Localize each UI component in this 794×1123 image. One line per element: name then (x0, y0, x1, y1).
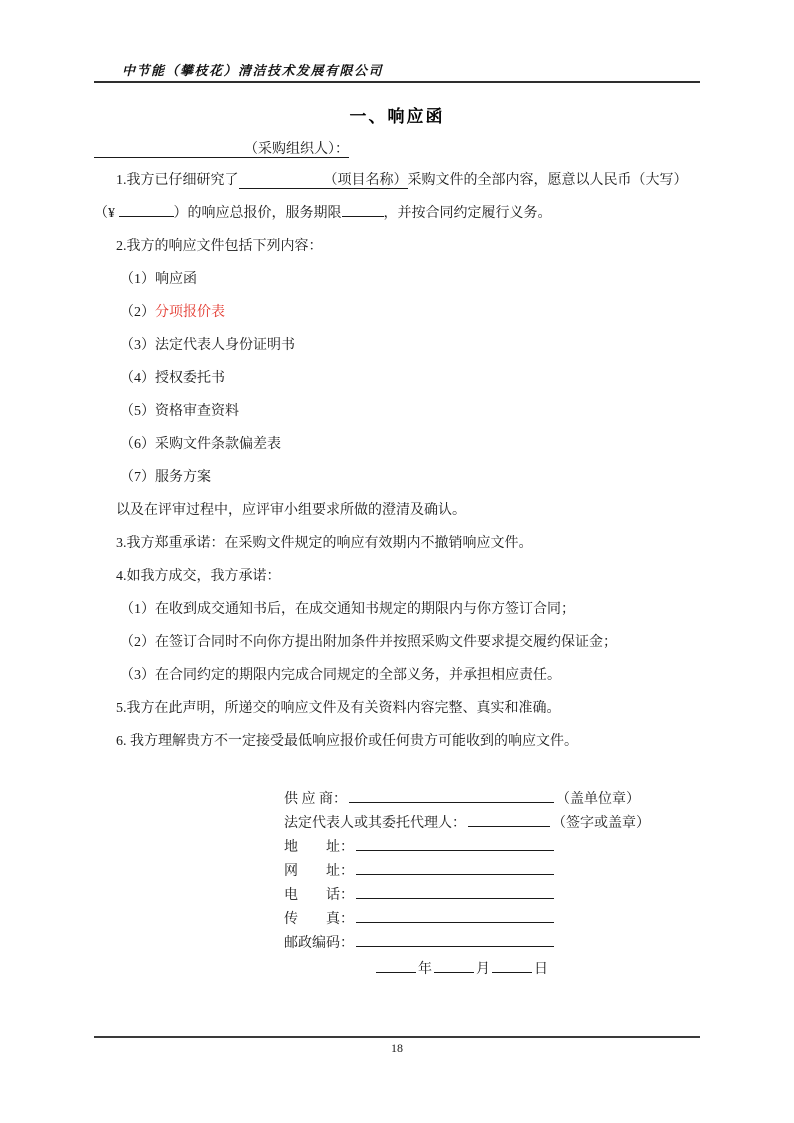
date-day-blank (492, 958, 532, 973)
paragraph-4: 4.如我方成交，我方承诺： (94, 560, 700, 593)
doc-list-item-7: （7）服务方案 (94, 461, 700, 494)
supplier-row: 供 应 商：（盖单位章） (284, 788, 700, 812)
doc-list-item-3: （3）法定代表人身份证明书 (94, 329, 700, 362)
paragraph-6: 6. 我方理解贵方不一定接受最低响应报价或任何贵方可能收到的响应文件。 (94, 725, 700, 758)
legal-rep-blank (468, 812, 550, 827)
website-label: 网 址： (284, 864, 354, 879)
purchaser-org-blank (94, 138, 244, 153)
paragraph-1-line-1: 1.我方已仔细研究了（项目名称）采购文件的全部内容，愿意以人民币（大写） (94, 164, 700, 197)
paragraph-3: 3.我方郑重承诺：在采购文件规定的响应有效期内不撤销响应文件。 (94, 527, 700, 560)
header-company-name: 中节能（攀枝花）清洁技术发展有限公司 (122, 60, 700, 79)
document-title: 一、响应函 (94, 105, 700, 128)
date-row: 年月日 (374, 958, 700, 982)
date-month-label: 月 (476, 962, 490, 977)
supplier-name-blank (349, 788, 554, 803)
page-header: 中节能（攀枝花）清洁技术发展有限公司 (94, 60, 700, 83)
fax-label: 传 真： (284, 912, 354, 927)
service-term-blank (342, 201, 384, 217)
paragraph-1-line-2: （¥ ）的响应总报价，服务期限，并按合同约定履行义务。 (94, 197, 700, 230)
website-blank (356, 860, 554, 875)
address-label: 地 址： (284, 840, 354, 855)
paragraph-2: 2.我方的响应文件包括下列内容： (94, 230, 700, 263)
address-row: 地 址： (284, 836, 700, 860)
doc-list-item-4: （4）授权委托书 (94, 362, 700, 395)
legal-rep-label: 法定代表人或其委托代理人： (284, 816, 466, 831)
doc-list-item-6: （6）采购文件条款偏差表 (94, 428, 700, 461)
supplier-label: 供 应 商： (284, 792, 347, 807)
salutation-label: （采购组织人）： (244, 142, 349, 157)
address-blank (356, 836, 554, 851)
legal-rep-row: 法定代表人或其委托代理人：（签字或盖章） (284, 812, 700, 836)
phone-blank (356, 884, 554, 899)
paragraph-5: 5.我方在此声明，所递交的响应文件及有关资料内容完整、真实和准确。 (94, 692, 700, 725)
fax-row: 传 真： (284, 908, 700, 932)
project-name-blank (239, 169, 324, 184)
date-year-label: 年 (418, 962, 432, 977)
fax-blank (356, 908, 554, 923)
clarification-note: 以及在评审过程中，应评审小组要求所做的澄清及确认。 (94, 494, 700, 527)
signature-block: 供 应 商：（盖单位章） 法定代表人或其委托代理人：（签字或盖章） 地 址： 网… (284, 788, 700, 982)
website-row: 网 址： (284, 860, 700, 884)
salutation-line: （采购组织人）： (94, 136, 700, 164)
promise-item-3: （3）在合同约定的期限内完成合同规定的全部义务，并承担相应责任。 (94, 659, 700, 692)
promise-item-1: （1）在收到成交通知书后，在成交通知书规定的期限内与你方签订合同； (94, 593, 700, 626)
legal-rep-sign-note: （签字或盖章） (552, 816, 650, 831)
doc-list-item-2: （2）分项报价表 (94, 296, 700, 329)
postcode-row: 邮政编码： (284, 932, 700, 956)
project-name-underline: （项目名称） (239, 173, 408, 189)
page-number: 18 (94, 1041, 700, 1056)
promise-item-2: （2）在签订合同时不向你方提出附加条件并按照采购文件要求提交履约保证金； (94, 626, 700, 659)
page-footer: 18 (94, 1036, 700, 1056)
price-blank (119, 201, 174, 217)
document-body: 一、响应函 （采购组织人）： 1.我方已仔细研究了（项目名称）采购文件的全部内容… (0, 105, 794, 982)
postcode-label: 邮政编码： (284, 936, 354, 951)
date-day-label: 日 (534, 962, 548, 977)
project-name-caption: （项目名称） (324, 173, 408, 188)
doc-list-item-1: （1）响应函 (94, 263, 700, 296)
purchaser-org-underline: （采购组织人）： (94, 142, 349, 158)
document-page: 中节能（攀枝花）清洁技术发展有限公司 一、响应函 （采购组织人）： 1.我方已仔… (0, 0, 794, 1123)
date-month-blank (434, 958, 474, 973)
supplier-seal-note: （盖单位章） (556, 792, 640, 807)
postcode-blank (356, 932, 554, 947)
phone-label: 电 话： (284, 888, 354, 903)
highlighted-item-label: 分项报价表 (155, 305, 225, 320)
doc-list-item-5: （5）资格审查资料 (94, 395, 700, 428)
phone-row: 电 话： (284, 884, 700, 908)
date-year-blank (376, 958, 416, 973)
